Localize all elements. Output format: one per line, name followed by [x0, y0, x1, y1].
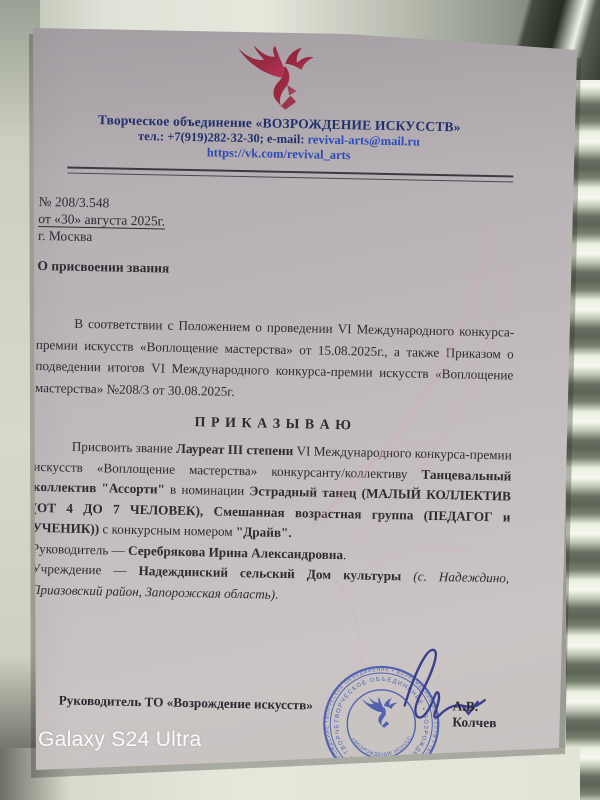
intro-paragraph: В соответствии с Положением о проведении…	[35, 312, 515, 408]
text-segment: Руководитель —	[32, 540, 129, 557]
text-segment: Учреждение —	[31, 561, 139, 578]
document-content: Творческое объединение «ВОЗРОЖДЕНИЕ ИСКУ…	[27, 38, 520, 789]
photo-of-document: Творческое объединение «ВОЗРОЖДЕНИЕ ИСКУ…	[0, 0, 600, 800]
text-segment: с конкурсным номером	[99, 521, 236, 539]
document-subject: О присвоении звания	[37, 258, 515, 284]
text-segment: "Драйв".	[236, 524, 292, 540]
phoenix-logo-icon	[221, 44, 340, 112]
camera-watermark: Galaxy S24 Ultra	[38, 728, 202, 752]
text-segment: Серебрякова Ирина Александровна	[128, 542, 343, 561]
text-segment: Присвоить звание	[72, 439, 177, 456]
text-segment: в номинации	[165, 482, 250, 499]
handwritten-signature	[390, 639, 502, 751]
header-divider	[67, 167, 513, 183]
order-paragraph: Присвоить звание Лауреат III степени VI …	[32, 436, 512, 548]
text-segment: Надеждинский сельский Дом культуры	[138, 563, 401, 583]
order-heading: П Р И К А З Ы В А Ю	[34, 412, 512, 438]
text-segment: .	[275, 586, 279, 601]
text-segment: .	[343, 547, 347, 562]
text-segment: Лауреат III степени	[176, 441, 293, 458]
email-link: revival-arts@mail.ru	[307, 132, 420, 148]
signer-title: Руководитель ТО «Возрождение искусств»	[59, 692, 314, 713]
signer-name: А.В. Колчев	[452, 698, 507, 731]
text-segment	[401, 568, 413, 583]
phone-text: тел.: +7(919)282-32-30; e-mail:	[138, 129, 308, 146]
document-meta: № 208/3.548 от «30» августа 2025г. г. Мо…	[38, 193, 517, 254]
document-paper: Творческое объединение «ВОЗРОЖДЕНИЕ ИСКУ…	[0, 0, 600, 800]
